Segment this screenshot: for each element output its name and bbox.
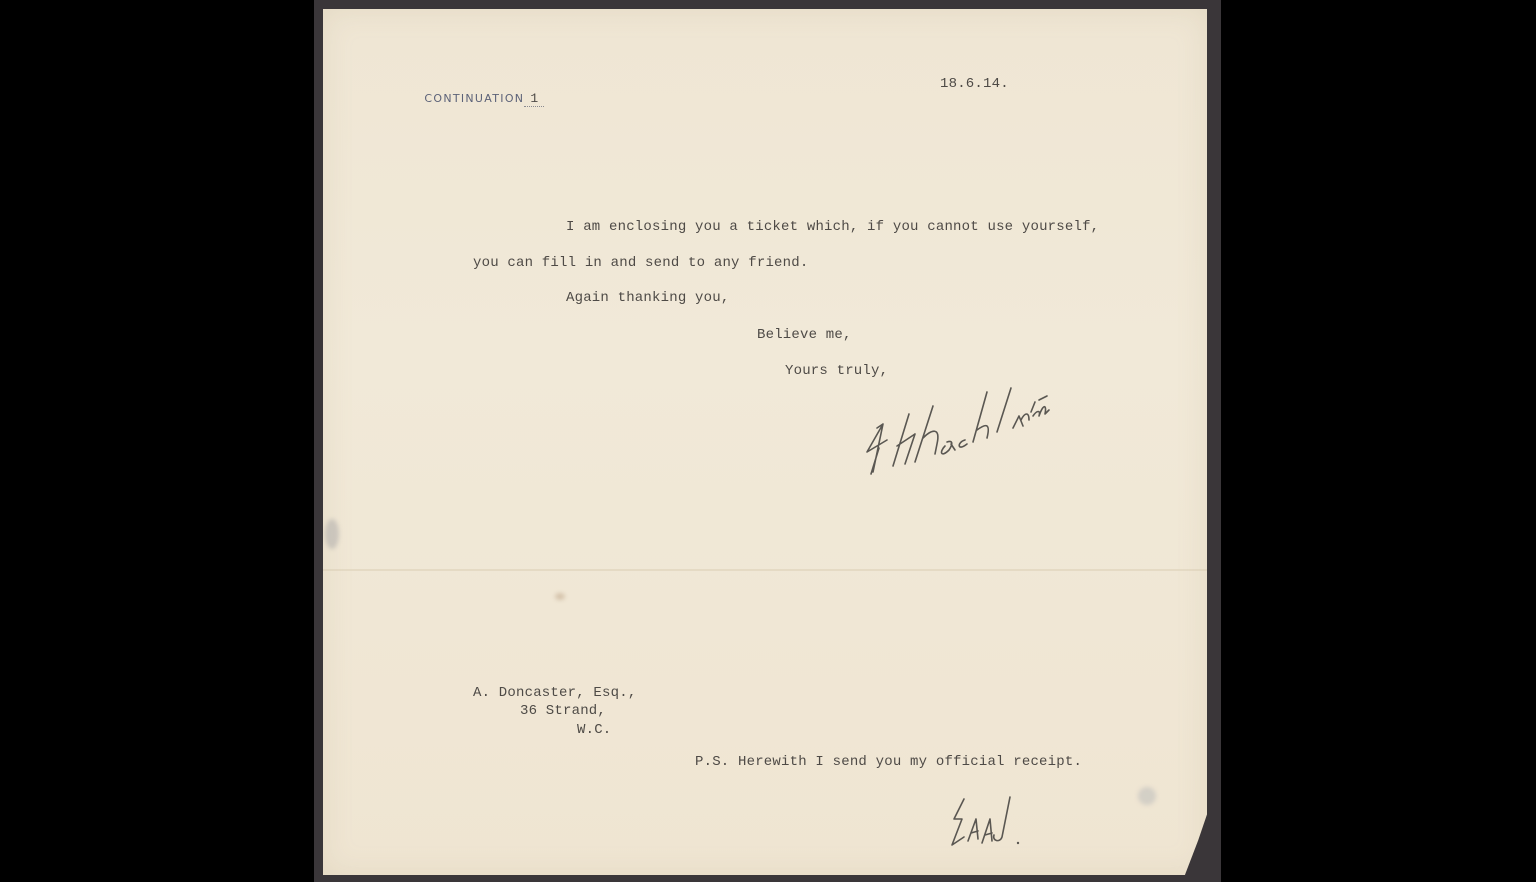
- signature-icon: [853, 354, 1093, 484]
- stain-spot: [1138, 787, 1156, 805]
- closing-believe: Believe me,: [757, 327, 852, 343]
- body-line-1: I am enclosing you a ticket which, if yo…: [566, 219, 1099, 235]
- image-viewer: CONTINUATION1 18.6.14. I am enclosing yo…: [0, 0, 1536, 882]
- ink-spot: [325, 519, 339, 549]
- signature-initials: [938, 789, 1048, 869]
- addressee-name: A. Doncaster, Esq.,: [473, 685, 636, 701]
- signature-full: [853, 354, 1093, 484]
- addressee-district: W.C.: [577, 722, 611, 738]
- continuation-number: 1: [524, 91, 544, 107]
- initials-icon: [938, 789, 1048, 869]
- postscript: P.S. Herewith I send you my official rec…: [695, 754, 1082, 770]
- thanks-line: Again thanking you,: [566, 290, 729, 306]
- scanned-letter: CONTINUATION1 18.6.14. I am enclosing yo…: [314, 0, 1221, 882]
- continuation-label: CONTINUATION: [424, 92, 524, 105]
- body-line-2: you can fill in and send to any friend.: [473, 255, 808, 271]
- stain-spot: [555, 593, 565, 600]
- letter-paper: CONTINUATION1 18.6.14. I am enclosing yo…: [323, 9, 1207, 875]
- fold-crease: [323, 569, 1207, 571]
- continuation-line: CONTINUATION1: [386, 78, 544, 120]
- addressee-street: 36 Strand,: [520, 703, 606, 719]
- letter-date: 18.6.14.: [940, 76, 1009, 92]
